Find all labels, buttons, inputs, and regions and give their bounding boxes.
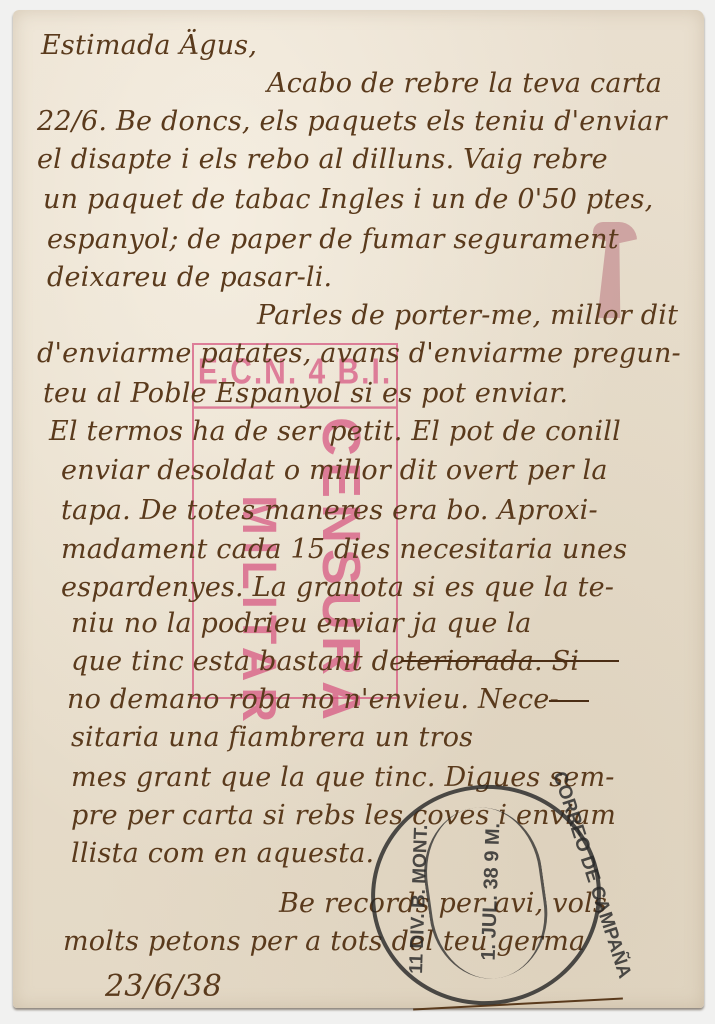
letter-line: Acabo de rebre la teva carta: [267, 70, 662, 97]
letter-line: deixareu de pasar-li.: [47, 264, 332, 291]
letter-line: no demano roba no n'envieu. Nece-: [67, 686, 559, 713]
letter-line: d'enviarme patates, avans d'enviarme pre…: [37, 340, 681, 367]
postmark-ring-text-left: 11 DIV. B. MONT.: [406, 824, 433, 974]
letter-line: espardenyes. La granota si es que la te-: [61, 574, 614, 601]
letter-line: el disapte i els rebo al dilluns. Vaig r…: [37, 146, 608, 173]
letter-line: Parles de porter-me, millor dit: [257, 302, 678, 329]
letter-line: El termos ha de ser petit. El pot de con…: [49, 418, 621, 445]
letter-line: un paquet de tabac Ingles i un de 0'50 p…: [43, 186, 653, 213]
letter-line: 22/6. Be doncs, els paquets els teniu d'…: [37, 108, 667, 135]
letter-date: 23/6/38: [105, 972, 222, 1002]
letter-line: madament cada 15 dies necesitaria unes: [61, 536, 627, 563]
letter-line: espanyol; de paper de fumar segurament: [47, 226, 619, 253]
letter-line: llista com en aquesta.: [71, 840, 374, 867]
letter-salutation: Estimada Ägus,: [41, 32, 257, 59]
letter-line: teu al Poble Espanyol si es pot enviar.: [43, 380, 568, 407]
strikethrough-mark: [401, 660, 619, 662]
strikethrough-mark: [549, 700, 589, 702]
letter-line: niu no la podrieu enviar ja que la: [71, 610, 532, 637]
postmark-date: 1. JUL. 38 9 M.: [478, 822, 506, 961]
letter-line: tapa. De totes maneres era bo. Aproxi-: [61, 497, 598, 524]
letter-line: enviar desoldat o millor dit overt per l…: [61, 457, 608, 484]
letter-line: mes grant que la que tinc. Digues sem-: [71, 764, 615, 791]
postcard: E.C.N. 4 B.I. CENSURA MILITAR Estimada Ä…: [13, 10, 704, 1008]
letter-line: sitaria una fiambrera un tros: [71, 724, 473, 751]
